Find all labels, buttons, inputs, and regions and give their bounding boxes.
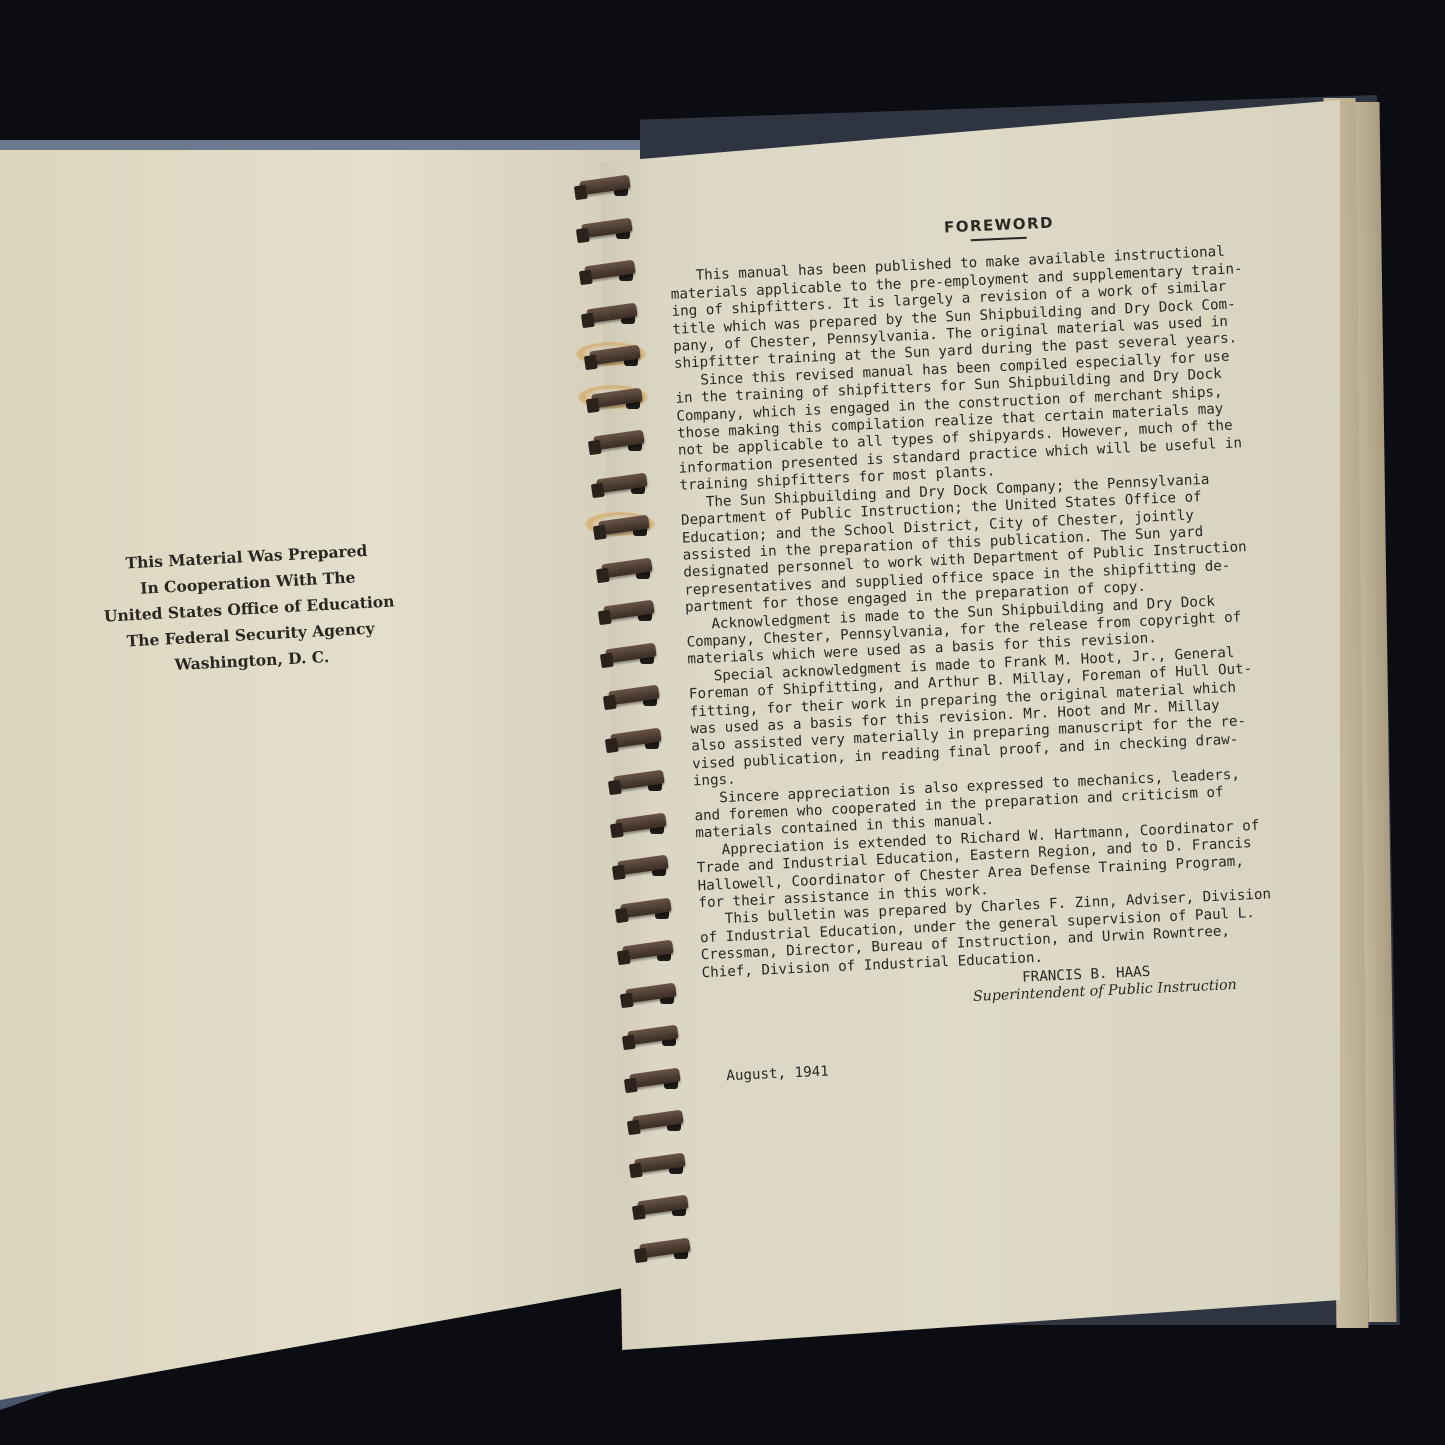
dedication-text: This Material Was Prepared In Cooperatio… bbox=[96, 536, 402, 682]
foreword-body: This manual has been published to make a… bbox=[670, 239, 1362, 982]
photo-scene: This Material Was Prepared In Cooperatio… bbox=[0, 0, 1445, 1445]
title-rule bbox=[971, 237, 1027, 242]
foreword-text: FOREWORD This manual has been published … bbox=[668, 202, 1366, 1086]
left-page bbox=[0, 150, 640, 1405]
